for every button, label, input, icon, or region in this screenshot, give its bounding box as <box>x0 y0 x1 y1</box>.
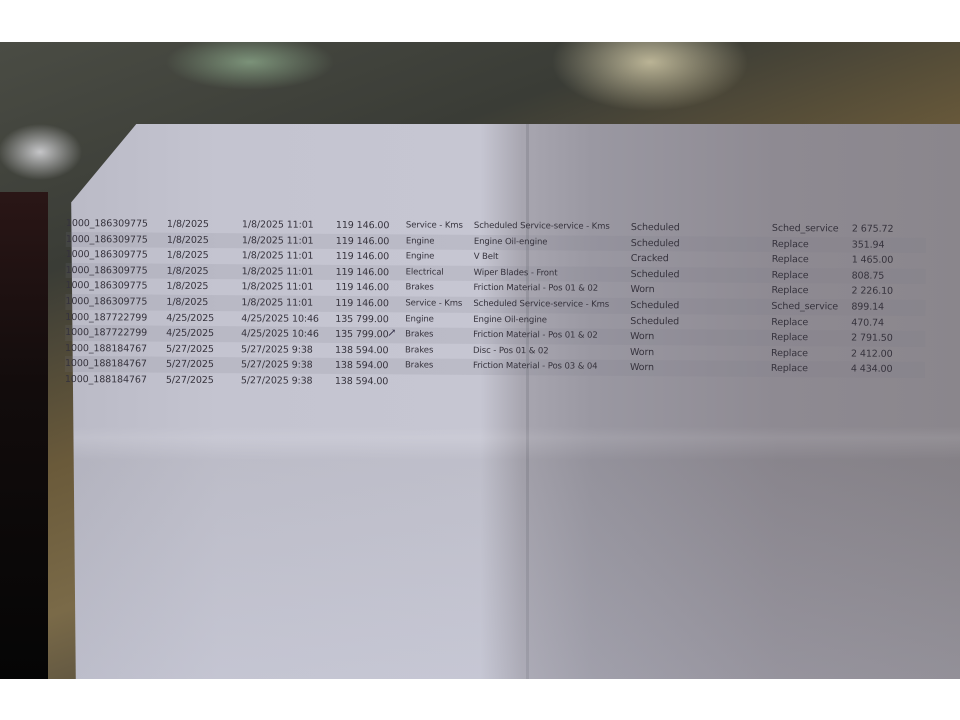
service-category: Engine <box>406 252 435 262</box>
item-condition: Worn <box>630 362 654 373</box>
service-amount: 2 791.50 <box>851 333 893 344</box>
service-description: Engine Oil-engine <box>474 236 548 247</box>
service-date: 1/8/2025 <box>166 281 208 292</box>
service-amount: 2 226.10 <box>851 286 893 297</box>
handwritten-mark: ↗ <box>387 326 396 339</box>
document-number: 1000_187722799 <box>65 312 147 324</box>
service-date: 1/8/2025 <box>167 234 209 245</box>
service-history-table: 1000_1863097751/8/20251/8/2025 11:01119 … <box>65 216 926 394</box>
document-number: 1000_186309775 <box>66 249 148 261</box>
document-number: 1000_186309775 <box>66 265 148 277</box>
odometer-reading: 119 146.00 <box>336 235 389 246</box>
odometer-reading: 119 146.00 <box>336 267 389 278</box>
service-amount: 899.14 <box>851 301 884 312</box>
service-amount: 1 465.00 <box>852 255 894 266</box>
service-datetime: 1/8/2025 11:01 <box>242 219 314 231</box>
service-category: Brakes <box>405 361 433 371</box>
service-datetime: 1/8/2025 11:01 <box>241 297 313 309</box>
service-category: Engine <box>406 236 435 246</box>
service-date: 1/8/2025 <box>167 219 209 230</box>
service-amount: 351.94 <box>852 239 885 250</box>
odometer-reading: 138 594.00 <box>335 360 388 371</box>
odometer-reading: 119 146.00 <box>335 282 388 293</box>
service-amount: 2 675.72 <box>852 223 894 234</box>
odometer-reading: 119 146.00 <box>336 220 389 231</box>
service-description: V Belt <box>474 252 499 262</box>
odometer-reading: 135 799.00 <box>335 313 388 324</box>
item-condition: Cracked <box>631 253 669 264</box>
service-description: Friction Material - Pos 03 & 04 <box>473 361 598 372</box>
service-datetime: 1/8/2025 11:01 <box>241 282 313 294</box>
service-date: 1/8/2025 <box>166 297 208 308</box>
item-condition: Worn <box>630 284 654 295</box>
service-amount: 808.75 <box>852 270 885 281</box>
printed-paper-sheet <box>34 124 960 679</box>
service-category: Service - Kms <box>405 298 462 308</box>
service-description: Scheduled Service-service - Kms <box>473 299 609 310</box>
service-category: Service - Kms <box>406 220 463 230</box>
service-description: Engine Oil-engine <box>473 314 547 325</box>
service-action: Replace <box>771 285 808 296</box>
service-action: Sched_service <box>772 223 839 234</box>
service-datetime: 1/8/2025 11:01 <box>242 235 314 247</box>
service-date: 1/8/2025 <box>167 265 209 276</box>
document-number: 1000_188184767 <box>65 343 147 355</box>
service-date: 5/27/2025 <box>166 343 214 354</box>
service-action: Replace <box>771 363 808 374</box>
odometer-reading: 138 594.00 <box>335 376 388 387</box>
service-category: Engine <box>405 314 434 324</box>
service-date: 5/27/2025 <box>166 359 214 370</box>
service-datetime: 4/25/2025 10:46 <box>241 328 319 340</box>
odometer-reading: 138 594.00 <box>335 345 388 356</box>
service-description: Wiper Blades - Front <box>474 268 558 279</box>
service-description: Friction Material - Pos 01 & 02 <box>473 330 598 341</box>
document-number: 1000_186309775 <box>66 234 148 246</box>
item-condition: Worn <box>630 347 654 358</box>
item-condition: Scheduled <box>630 300 679 311</box>
service-category: Brakes <box>405 345 433 355</box>
document-number: 1000_188184767 <box>65 374 147 386</box>
service-datetime: 5/27/2025 9:38 <box>241 360 313 372</box>
service-amount: 2 412.00 <box>851 348 893 359</box>
service-action: Replace <box>772 270 809 281</box>
service-date: 4/25/2025 <box>166 312 214 323</box>
service-action: Replace <box>771 316 808 327</box>
document-number: 1000_188184767 <box>65 358 147 370</box>
dark-background-edge <box>0 192 48 679</box>
service-action: Replace <box>772 254 809 265</box>
service-datetime: 5/27/2025 9:38 <box>241 375 313 387</box>
item-condition: Scheduled <box>630 316 679 327</box>
service-datetime: 4/25/2025 10:46 <box>241 313 319 325</box>
service-date: 5/27/2025 <box>166 375 214 386</box>
service-amount: 4 434.00 <box>851 364 893 375</box>
document-number: 1000_186309775 <box>66 218 148 230</box>
service-date: 1/8/2025 <box>167 250 209 261</box>
service-category: Electrical <box>406 267 444 277</box>
service-datetime: 1/8/2025 11:01 <box>242 250 314 262</box>
document-number: 1000_186309775 <box>65 296 147 308</box>
service-date: 4/25/2025 <box>166 328 214 339</box>
service-category: Brakes <box>405 283 433 293</box>
service-datetime: 1/8/2025 11:01 <box>242 266 314 278</box>
service-action: Replace <box>771 332 808 343</box>
service-description: Scheduled Service-service - Kms <box>474 221 610 232</box>
service-action: Sched_service <box>771 301 838 312</box>
paper-fold-line <box>526 124 529 679</box>
odometer-reading: 135 799.00 <box>335 329 388 340</box>
service-action: Replace <box>771 348 808 359</box>
item-condition: Scheduled <box>631 269 680 280</box>
service-amount: 470.74 <box>851 317 884 328</box>
odometer-reading: 119 146.00 <box>335 298 388 309</box>
document-number: 1000_187722799 <box>65 327 147 339</box>
service-action: Replace <box>772 239 809 250</box>
service-description: Friction Material - Pos 01 & 02 <box>473 283 598 294</box>
item-condition: Scheduled <box>631 238 680 249</box>
service-description: Disc - Pos 01 & 02 <box>473 346 549 357</box>
item-condition: Scheduled <box>631 222 680 233</box>
service-category: Brakes <box>405 330 433 340</box>
document-number: 1000_186309775 <box>65 280 147 292</box>
odometer-reading: 119 146.00 <box>336 251 389 262</box>
item-condition: Worn <box>630 331 654 342</box>
service-datetime: 5/27/2025 9:38 <box>241 344 313 356</box>
